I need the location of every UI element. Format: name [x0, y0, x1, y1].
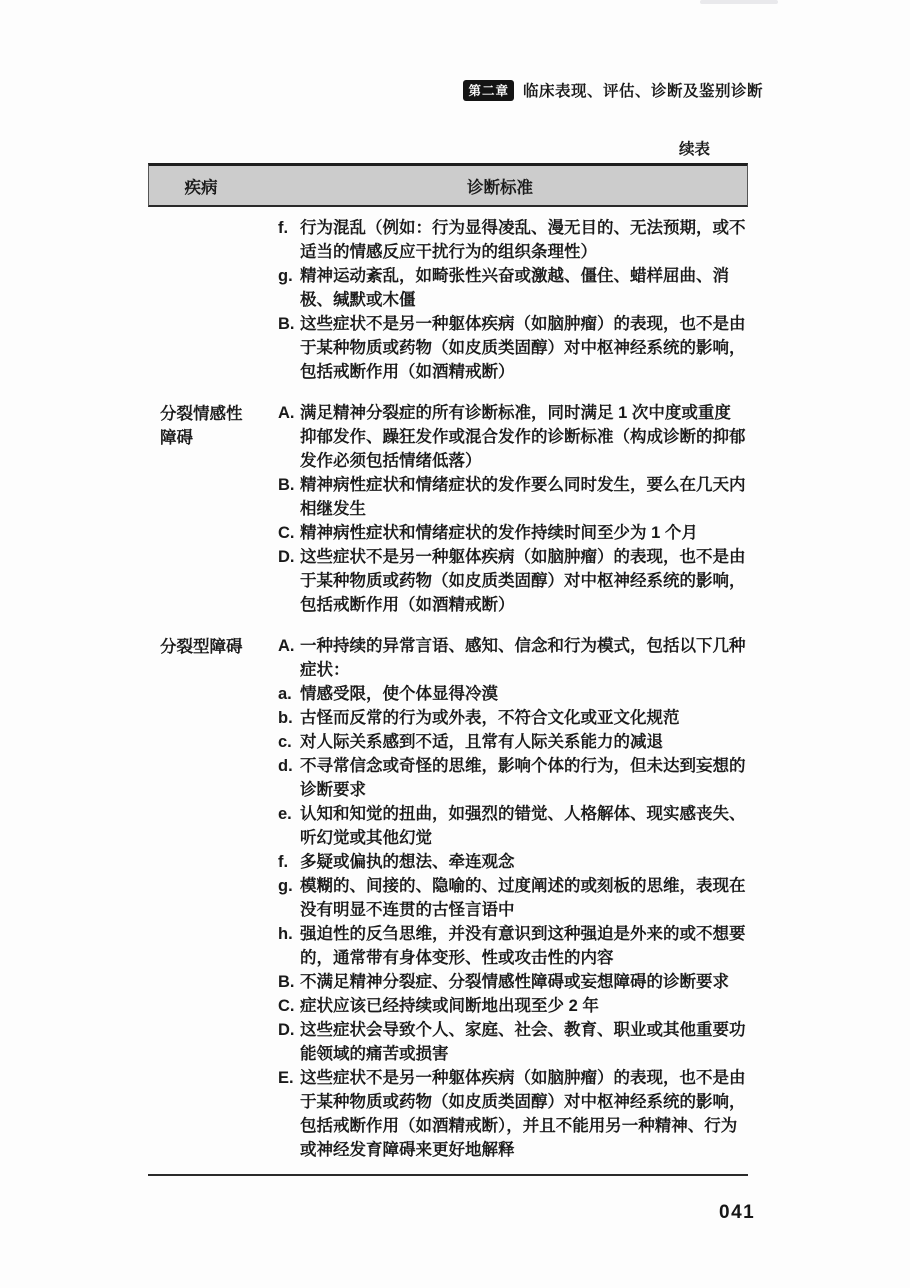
table-row: f.行为混乱（例如：行为显得凌乱、漫无目的、无法预期，或不适当的情感反应干扰行为… [148, 216, 748, 384]
criteria-item: g.模糊的、间接的、隐喻的、过度阐述的或刻板的思维，表现在没有明显不连贯的古怪言… [278, 874, 746, 922]
criteria-item-label: b. [278, 706, 300, 730]
criteria-item-label: B. [278, 312, 300, 384]
disease-name: 分裂情感性障碍 [160, 402, 248, 450]
criteria-item-text: 这些症状不是另一种躯体疾病（如脑肿瘤）的表现，也不是由于某种物质或药物（如皮质类… [300, 312, 746, 384]
criteria-item: b.古怪而反常的行为或外表，不符合文化或亚文化规范 [278, 706, 746, 730]
criteria-item-text: 不满足精神分裂症、分裂情感性障碍或妄想障碍的诊断要求 [300, 970, 746, 994]
criteria-item-label: D. [278, 1018, 300, 1066]
criteria-item-text: 对人际关系感到不适，且常有人际关系能力的减退 [300, 730, 746, 754]
criteria-item: f.多疑或偏执的想法、牵连观念 [278, 850, 746, 874]
criteria-item-text: 满足精神分裂症的所有诊断标准，同时满足 1 次中度或重度抑郁发作、躁狂发作或混合… [300, 401, 746, 473]
criteria-item: c.对人际关系感到不适，且常有人际关系能力的减退 [278, 730, 746, 754]
criteria-item: A.满足精神分裂症的所有诊断标准，同时满足 1 次中度或重度抑郁发作、躁狂发作或… [278, 401, 746, 473]
criteria-item: A.一种持续的异常言语、感知、信念和行为模式，包括以下几种症状： [278, 634, 746, 682]
table-header-row: 疾病 诊断标准 [148, 163, 748, 207]
criteria-item-label: e. [278, 802, 300, 850]
criteria-item-text: 行为混乱（例如：行为显得凌乱、漫无目的、无法预期，或不适当的情感反应干扰行为的组… [300, 216, 746, 264]
criteria-item-text: 这些症状不是另一种躯体疾病（如脑肿瘤）的表现，也不是由于某种物质或药物（如皮质类… [300, 545, 746, 617]
chapter-badge: 第二章 [463, 80, 514, 101]
page-number: 041 [719, 1202, 755, 1224]
criteria-item-label: g. [278, 264, 300, 312]
criteria-item: d.不寻常信念或奇怪的思维，影响个体的行为，但未达到妄想的诊断要求 [278, 754, 746, 802]
criteria-item: C.精神病性症状和情绪症状的发作持续时间至少为 1 个月 [278, 521, 746, 545]
scan-artifact [700, 0, 778, 4]
criteria-item: h.强迫性的反刍思维，并没有意识到这种强迫是外来的或不想要的，通常带有身体变形、… [278, 922, 746, 970]
criteria-item-label: f. [278, 216, 300, 264]
table-continuation-label: 续表 [679, 137, 710, 159]
column-header-disease: 疾病 [149, 174, 253, 198]
criteria-item-label: a. [278, 682, 300, 706]
criteria-item-label: D. [278, 545, 300, 617]
criteria-item-label: C. [278, 994, 300, 1018]
column-header-criteria: 诊断标准 [253, 174, 747, 198]
criteria-item-label: B. [278, 473, 300, 521]
criteria-item-text: 古怪而反常的行为或外表，不符合文化或亚文化规范 [300, 706, 746, 730]
criteria-item-text: 多疑或偏执的想法、牵连观念 [300, 850, 746, 874]
criteria-item-text: 这些症状不是另一种躯体疾病（如脑肿瘤）的表现，也不是由于某种物质或药物（如皮质类… [300, 1066, 746, 1162]
criteria-item: D.这些症状不是另一种躯体疾病（如脑肿瘤）的表现，也不是由于某种物质或药物（如皮… [278, 545, 746, 617]
diagnosis-table: 疾病 诊断标准 f.行为混乱（例如：行为显得凌乱、漫无目的、无法预期，或不适当的… [148, 163, 748, 1176]
criteria-item: C.症状应该已经持续或间断地出现至少 2 年 [278, 994, 746, 1018]
criteria-item-text: 强迫性的反刍思维，并没有意识到这种强迫是外来的或不想要的，通常带有身体变形、性或… [300, 922, 746, 970]
criteria-item: D.这些症状会导致个人、家庭、社会、教育、职业或其他重要功能领域的痛苦或损害 [278, 1018, 746, 1066]
criteria-list: A.满足精神分裂症的所有诊断标准，同时满足 1 次中度或重度抑郁发作、躁狂发作或… [278, 401, 748, 617]
criteria-item-text: 症状应该已经持续或间断地出现至少 2 年 [300, 994, 746, 1018]
criteria-item: a.情感受限，使个体显得冷漠 [278, 682, 746, 706]
table-row: 分裂情感性障碍 A.满足精神分裂症的所有诊断标准，同时满足 1 次中度或重度抑郁… [148, 401, 748, 617]
running-head: 第二章 临床表现、评估、诊断及鉴别诊断 [0, 79, 763, 101]
criteria-item-text: 这些症状会导致个人、家庭、社会、教育、职业或其他重要功能领域的痛苦或损害 [300, 1018, 746, 1066]
criteria-item-text: 模糊的、间接的、隐喻的、过度阐述的或刻板的思维，表现在没有明显不连贯的古怪言语中 [300, 874, 746, 922]
criteria-item-label: C. [278, 521, 300, 545]
criteria-item-label: f. [278, 850, 300, 874]
criteria-list: A.一种持续的异常言语、感知、信念和行为模式，包括以下几种症状：a.情感受限，使… [278, 634, 748, 1162]
criteria-item-label: A. [278, 401, 300, 473]
book-page: 第二章 临床表现、评估、诊断及鉴别诊断 续表 疾病 诊断标准 f.行为混乱（例如… [0, 0, 910, 1288]
criteria-item-text: 一种持续的异常言语、感知、信念和行为模式，包括以下几种症状： [300, 634, 746, 682]
criteria-item: f.行为混乱（例如：行为显得凌乱、漫无目的、无法预期，或不适当的情感反应干扰行为… [278, 216, 746, 264]
disease-cell [148, 216, 278, 384]
criteria-item-label: h. [278, 922, 300, 970]
criteria-item: g.精神运动紊乱，如畸张性兴奋或激越、僵住、蜡样屈曲、消极、缄默或木僵 [278, 264, 746, 312]
criteria-item-label: d. [278, 754, 300, 802]
criteria-item-label: A. [278, 634, 300, 682]
criteria-item-text: 情感受限，使个体显得冷漠 [300, 682, 746, 706]
criteria-item-text: 精神运动紊乱，如畸张性兴奋或激越、僵住、蜡样屈曲、消极、缄默或木僵 [300, 264, 746, 312]
criteria-list: f.行为混乱（例如：行为显得凌乱、漫无目的、无法预期，或不适当的情感反应干扰行为… [278, 216, 748, 384]
criteria-item-text: 精神病性症状和情绪症状的发作持续时间至少为 1 个月 [300, 521, 746, 545]
disease-name: 分裂型障碍 [160, 635, 248, 659]
table-row: 分裂型障碍 A.一种持续的异常言语、感知、信念和行为模式，包括以下几种症状：a.… [148, 634, 748, 1162]
criteria-item: B.精神病性症状和情绪症状的发作要么同时发生，要么在几天内相继发生 [278, 473, 746, 521]
criteria-item-label: E. [278, 1066, 300, 1162]
criteria-item-label: g. [278, 874, 300, 922]
criteria-item-label: c. [278, 730, 300, 754]
criteria-item-text: 不寻常信念或奇怪的思维，影响个体的行为，但未达到妄想的诊断要求 [300, 754, 746, 802]
criteria-item: E.这些症状不是另一种躯体疾病（如脑肿瘤）的表现，也不是由于某种物质或药物（如皮… [278, 1066, 746, 1162]
criteria-item: B.这些症状不是另一种躯体疾病（如脑肿瘤）的表现，也不是由于某种物质或药物（如皮… [278, 312, 746, 384]
running-head-title: 临床表现、评估、诊断及鉴别诊断 [523, 79, 763, 101]
criteria-item: B.不满足精神分裂症、分裂情感性障碍或妄想障碍的诊断要求 [278, 970, 746, 994]
table-body: f.行为混乱（例如：行为显得凌乱、漫无目的、无法预期，或不适当的情感反应干扰行为… [148, 207, 748, 1176]
criteria-item-text: 认知和知觉的扭曲，如强烈的错觉、人格解体、现实感丧失、听幻觉或其他幻觉 [300, 802, 746, 850]
criteria-item: e.认知和知觉的扭曲，如强烈的错觉、人格解体、现实感丧失、听幻觉或其他幻觉 [278, 802, 746, 850]
disease-cell: 分裂型障碍 [148, 634, 278, 1162]
criteria-item-text: 精神病性症状和情绪症状的发作要么同时发生，要么在几天内相继发生 [300, 473, 746, 521]
criteria-item-label: B. [278, 970, 300, 994]
disease-cell: 分裂情感性障碍 [148, 401, 278, 617]
